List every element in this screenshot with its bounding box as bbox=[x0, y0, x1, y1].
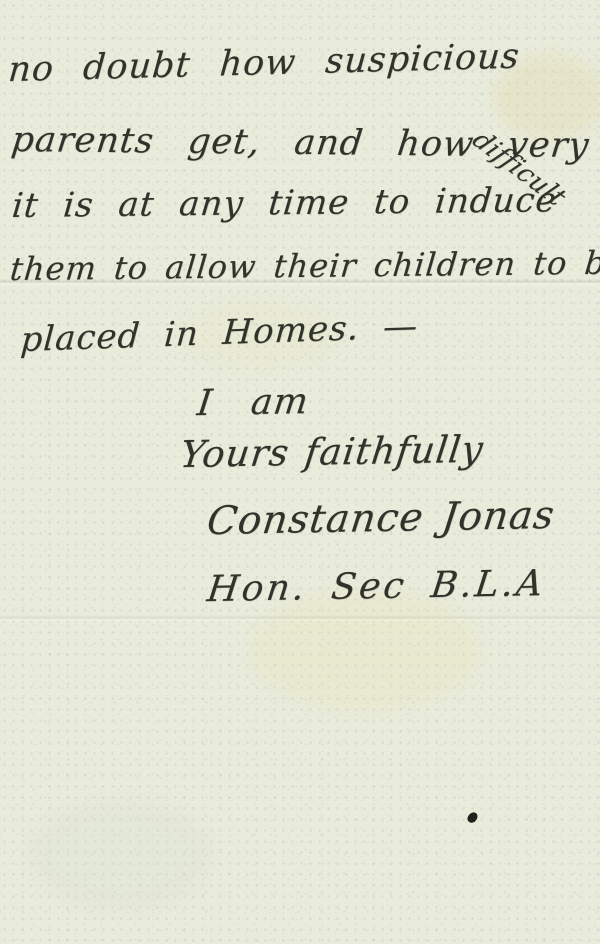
letter-line-4: them to allow their children to be bbox=[8, 244, 600, 288]
paper-stain bbox=[30, 800, 210, 910]
ink-dot bbox=[466, 811, 479, 825]
letter-closing-i-am: I am bbox=[195, 381, 311, 424]
letter-line-1: no doubt how suspicious bbox=[7, 37, 521, 90]
fold-crease-lower bbox=[0, 615, 600, 622]
letter-signature-title: Hon. Sec B.L.A bbox=[205, 563, 548, 610]
letter-signature: Constance Jonas bbox=[204, 493, 557, 544]
letter-line-5: placed in Homes. — bbox=[19, 306, 419, 360]
letter-line-3: it is at any time to induce bbox=[10, 180, 558, 226]
letter-page: no doubt how suspicious parents get, and… bbox=[0, 0, 600, 944]
letter-valediction: Yours faithfully bbox=[178, 428, 486, 476]
